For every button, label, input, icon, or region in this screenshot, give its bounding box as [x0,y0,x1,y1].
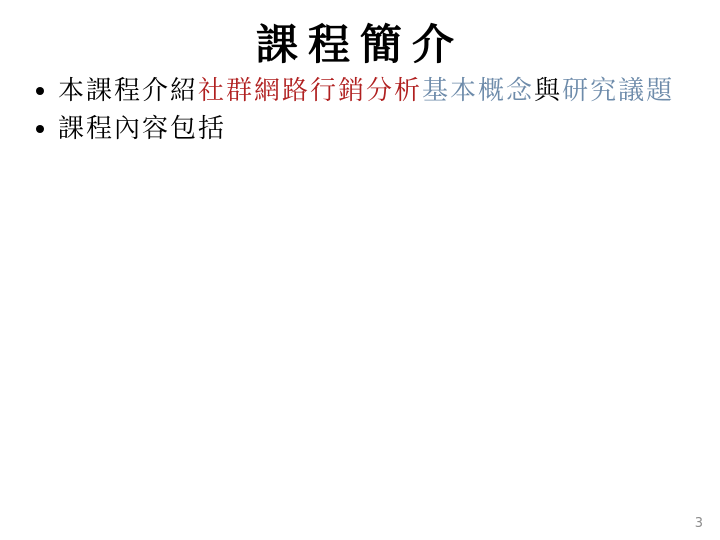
slide-title: 課程簡介 [0,12,720,72]
bullet-item: 本課程介紹社群網路行銷分析基本概念與研究議題 [28,72,712,110]
page-number: 3 [695,516,703,531]
bullet-list: 本課程介紹社群網路行銷分析基本概念與研究議題課程內容包括 [28,72,712,148]
bullet-text-segment: 本課程介紹 [58,76,198,106]
bullet-text-segment: 研究議題 [562,76,674,106]
bullet-dot-icon [36,125,44,133]
slide: 課程簡介 本課程介紹社群網路行銷分析基本概念與研究議題課程內容包括 3 [0,0,720,540]
bullet-text-segment: 社群網路行銷分析 [198,76,422,106]
bullet-item: 課程內容包括 [28,110,712,148]
bullet-text-segment: 與 [534,76,562,106]
bullet-dot-icon [36,87,44,95]
bullet-text-segment: 課程內容包括 [58,114,226,144]
slide-body: 本課程介紹社群網路行銷分析基本概念與研究議題課程內容包括 [28,72,712,151]
bullet-text-segment: 基本概念 [422,76,534,106]
